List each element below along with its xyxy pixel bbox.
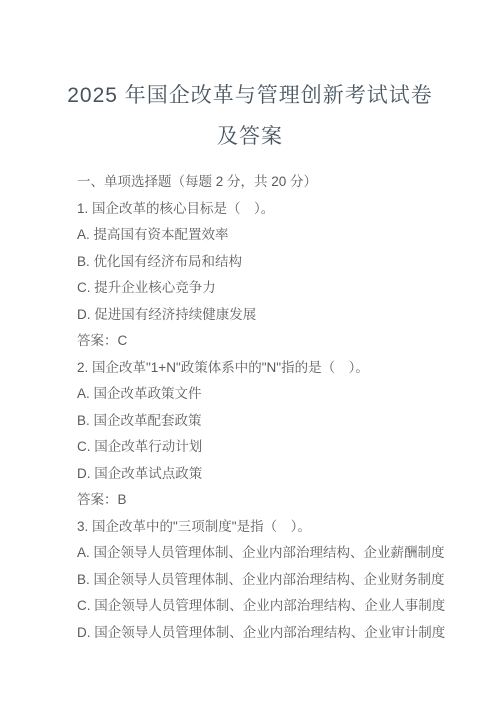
option-item: C. 国企改革行动计划 xyxy=(77,434,460,461)
question-block-1: 1. 国企改革的核心目标是（ ）。 A. 提高国有资本配置效率 B. 优化国有经… xyxy=(77,196,460,355)
option-item: C. 国企领导人员管理体制、企业内部治理结构、企业人事制度 xyxy=(77,593,460,620)
question-stem: 1. 国企改革的核心目标是（ ）。 xyxy=(77,196,460,223)
option-item: D. 国企领导人员管理体制、企业内部治理结构、企业审计制度 xyxy=(77,620,460,647)
exam-title: 2025 年国企改革与管理创新考试试卷 及答案 xyxy=(0,0,500,157)
section-heading: 一、单项选择题（每题 2 分，共 20 分） xyxy=(77,169,460,196)
option-item: D. 促进国有经济持续健康发展 xyxy=(77,302,460,329)
option-item: C. 提升企业核心竞争力 xyxy=(77,275,460,302)
option-item: B. 国企改革配套政策 xyxy=(77,408,460,435)
option-item: D. 国企改革试点政策 xyxy=(77,461,460,488)
question-stem: 2. 国企改革"1+N"政策体系中的"N"指的是（ ）。 xyxy=(77,355,460,382)
answer-line: 答案：C xyxy=(77,328,460,355)
question-stem: 3. 国企改革中的"三项制度"是指（ ）。 xyxy=(77,514,460,541)
question-block-2: 2. 国企改革"1+N"政策体系中的"N"指的是（ ）。 A. 国企改革政策文件… xyxy=(77,355,460,514)
option-item: A. 国企改革政策文件 xyxy=(77,381,460,408)
exam-body: 一、单项选择题（每题 2 分，共 20 分） 1. 国企改革的核心目标是（ ）。… xyxy=(0,169,500,646)
option-item: A. 提高国有资本配置效率 xyxy=(77,222,460,249)
option-item: A. 国企领导人员管理体制、企业内部治理结构、企业薪酬制度 xyxy=(77,540,460,567)
exam-title-line-2: 及答案 xyxy=(0,116,500,157)
exam-document-page: 2025 年国企改革与管理创新考试试卷 及答案 一、单项选择题（每题 2 分，共… xyxy=(0,0,500,707)
question-block-3: 3. 国企改革中的"三项制度"是指（ ）。 A. 国企领导人员管理体制、企业内部… xyxy=(77,514,460,647)
option-item: B. 国企领导人员管理体制、企业内部治理结构、企业财务制度 xyxy=(77,567,460,594)
exam-title-line-1: 2025 年国企改革与管理创新考试试卷 xyxy=(0,75,500,116)
answer-line: 答案：B xyxy=(77,487,460,514)
option-item: B. 优化国有经济布局和结构 xyxy=(77,249,460,276)
